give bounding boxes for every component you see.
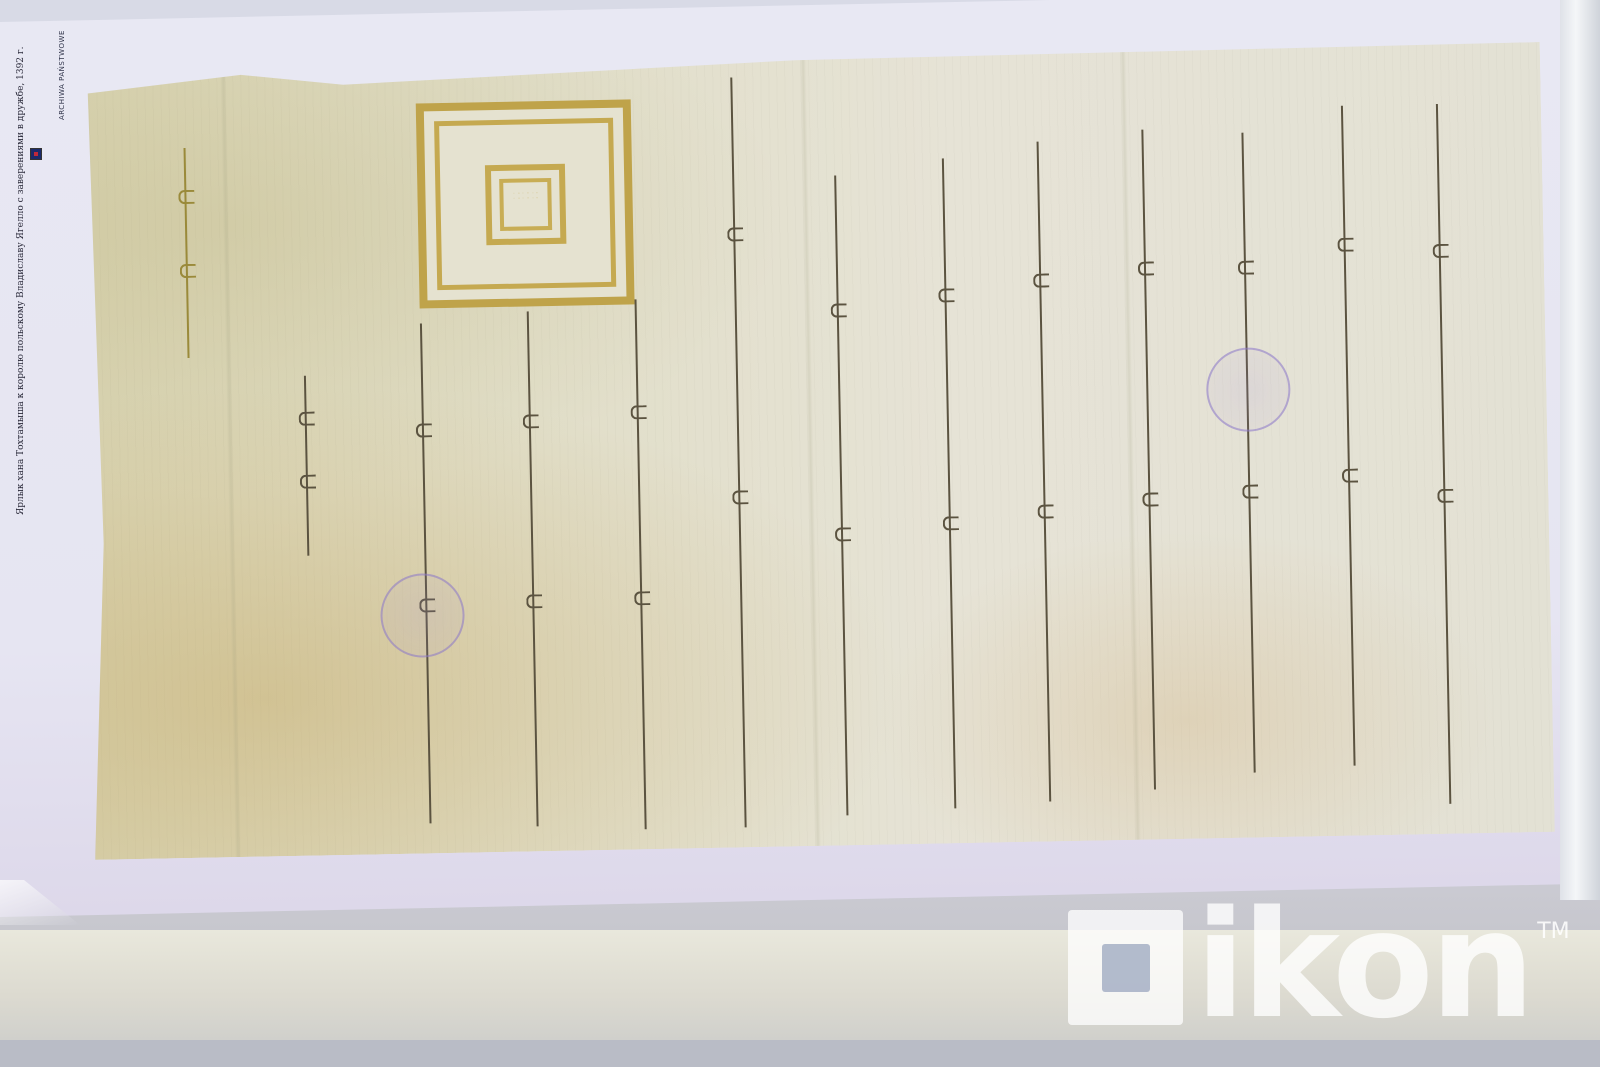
script-column — [1436, 104, 1454, 804]
ikon-logo-icon — [1068, 910, 1183, 1025]
ikon-watermark: ikon TM — [1068, 905, 1570, 1025]
script-column — [1037, 142, 1055, 802]
script-column — [942, 158, 959, 808]
archive-stamp-icon — [1206, 347, 1292, 433]
script-column — [304, 376, 312, 556]
archive-name: ARCHIWA PAŃSTWOWE — [58, 30, 66, 120]
script-column — [730, 77, 749, 827]
script-column — [527, 311, 542, 826]
document-caption: Ярлык хана Тохтамыша к королю польскому … — [16, 47, 26, 515]
historical-document — [80, 42, 1555, 860]
archive-logo-icon — [30, 148, 42, 160]
script-column — [1241, 133, 1258, 773]
display-frame-edge — [1560, 0, 1600, 900]
paper-fold — [220, 67, 241, 857]
square-seal-icon — [416, 99, 635, 308]
watermark-trademark: TM — [1537, 919, 1569, 944]
script-column — [184, 148, 193, 358]
seal-glyphs — [513, 192, 537, 216]
paper-fold — [800, 56, 821, 846]
watermark-brand: ikon — [1195, 905, 1531, 1025]
paper-fold — [1120, 50, 1141, 840]
script-column — [834, 175, 851, 815]
seal-inner-square — [485, 164, 567, 246]
script-column — [1141, 130, 1159, 790]
archive-stamp-icon — [380, 573, 466, 659]
script-column — [635, 299, 650, 829]
script-column — [1341, 106, 1359, 766]
